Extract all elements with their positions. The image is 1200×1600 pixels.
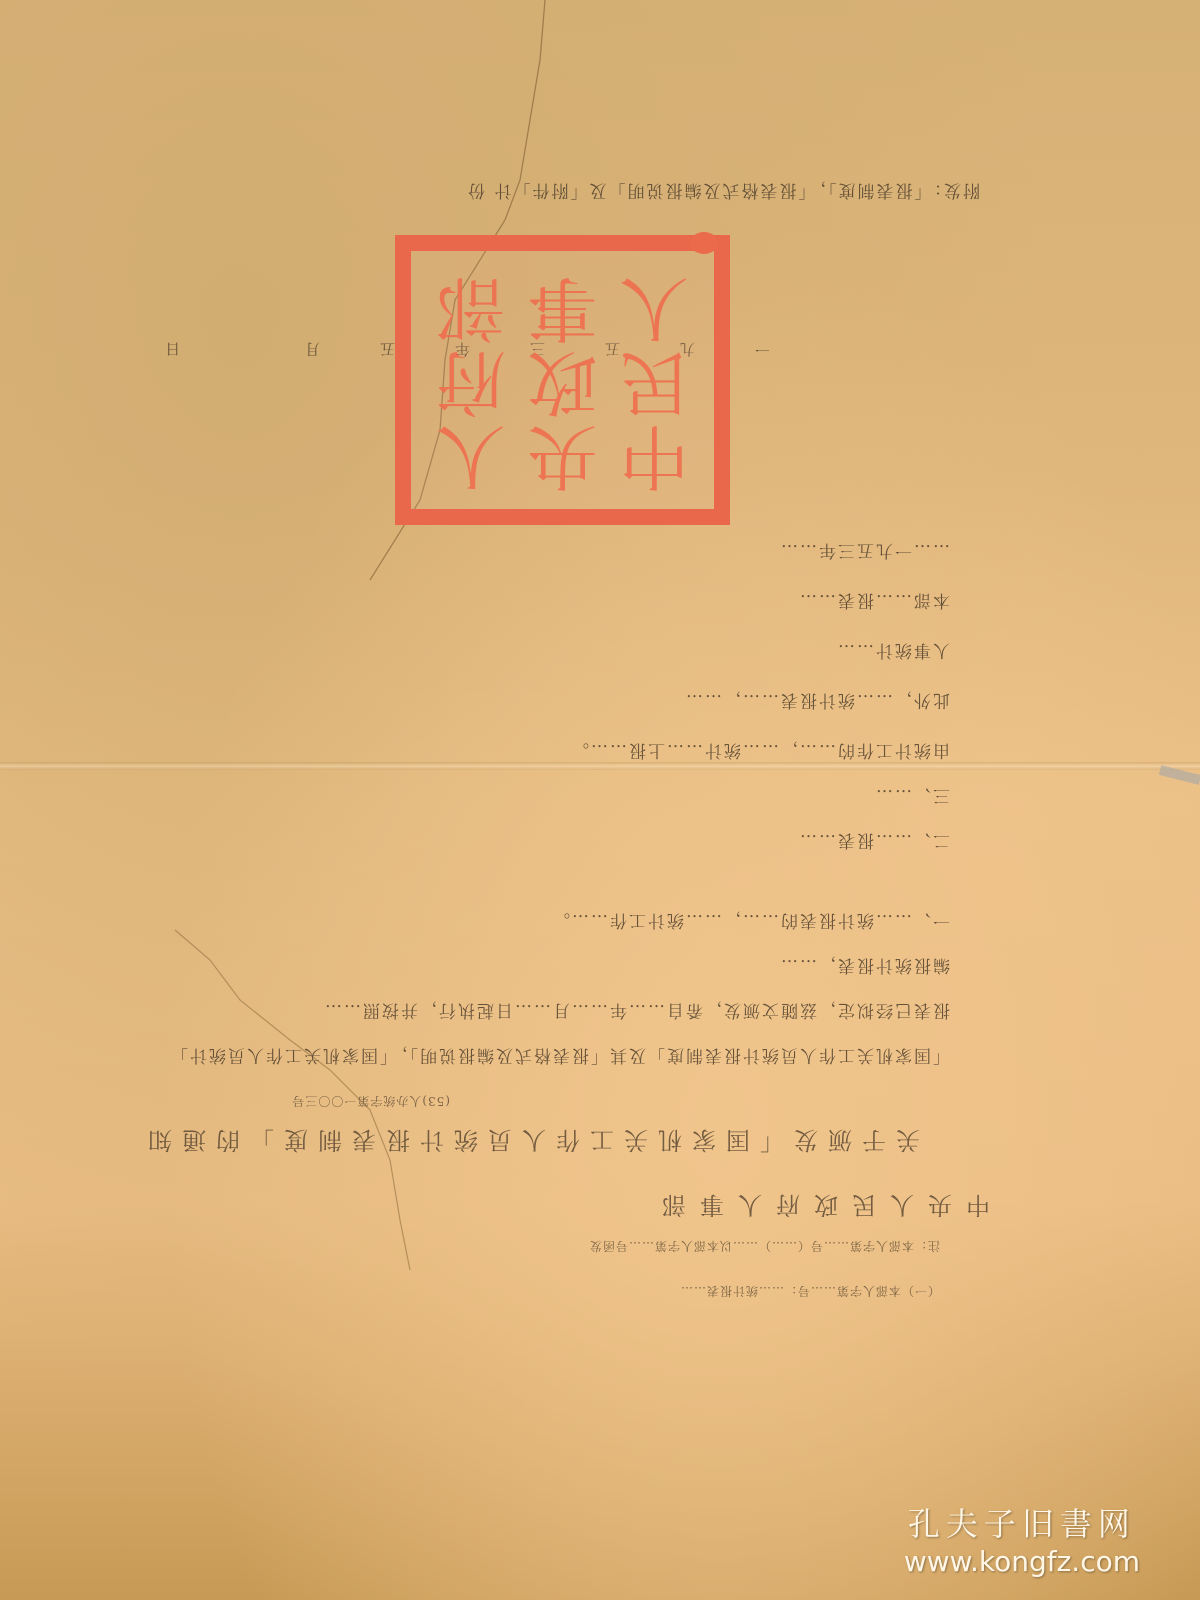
seal-char: 人 <box>608 269 700 343</box>
header-note-1: 注：本部人字第……号（……）……以本部人字第……号函发 <box>589 1238 940 1255</box>
body-line: 三、…… <box>874 785 950 810</box>
seal-char: 政 <box>517 343 609 417</box>
seal-char: 民 <box>608 343 700 417</box>
body-line: 本部……报表…… <box>798 590 950 615</box>
seal-char: 央 <box>517 417 609 491</box>
body-line: 此外，……统计报表……，…… <box>684 690 950 715</box>
body-line: ……一九五三年…… <box>779 540 950 565</box>
header-note-2: （一）本部人字第……号：……统计报表…… <box>680 1283 940 1300</box>
body-line: 二、……报表…… <box>798 830 950 855</box>
body-line: 人事统计…… <box>836 640 950 665</box>
watermark-url: www.kongfz.com <box>904 1545 1140 1578</box>
body-line: 编报统计报表，…… <box>779 955 950 980</box>
document-title: 关于颁发「国家机关工作人员统计报表制度」的通知 <box>138 1125 920 1160</box>
seal-ink-blot <box>690 232 718 254</box>
seal-char: 人 <box>425 417 517 491</box>
body-line: 「国家机关工作人员统计报表制度」及其「报表格式及编报说明」，「国家机关工作人员统… <box>169 1045 950 1070</box>
official-seal: 中 央 人 民 政 府 人 事 部 <box>395 235 730 525</box>
seal-char: 中 <box>608 417 700 491</box>
body-line: 一、……统计报表的……，……统计工作……。 <box>551 910 950 935</box>
issuer-heading: 中央人民政府人事部 <box>648 1190 990 1225</box>
seal-char: 府 <box>425 343 517 417</box>
watermark: 孔夫子旧書网 www.kongfz.com <box>904 1499 1140 1578</box>
document-number: (53)人办统字第一〇〇三号 <box>291 1093 450 1110</box>
body-line: 由统计工作的……，……统计……上报……。 <box>570 740 950 765</box>
seal-char: 部 <box>425 269 517 343</box>
watermark-site-name: 孔夫子旧書网 <box>904 1499 1140 1545</box>
body-line: 报表已经拟定，兹随文颁发，希自……年……月……日起执行，并按照…… <box>323 1000 950 1025</box>
attachments-line: 附发：「报表制度」，「报表格式及编报说明」及「附件」计 份 <box>466 180 980 205</box>
seal-char: 事 <box>517 269 609 343</box>
